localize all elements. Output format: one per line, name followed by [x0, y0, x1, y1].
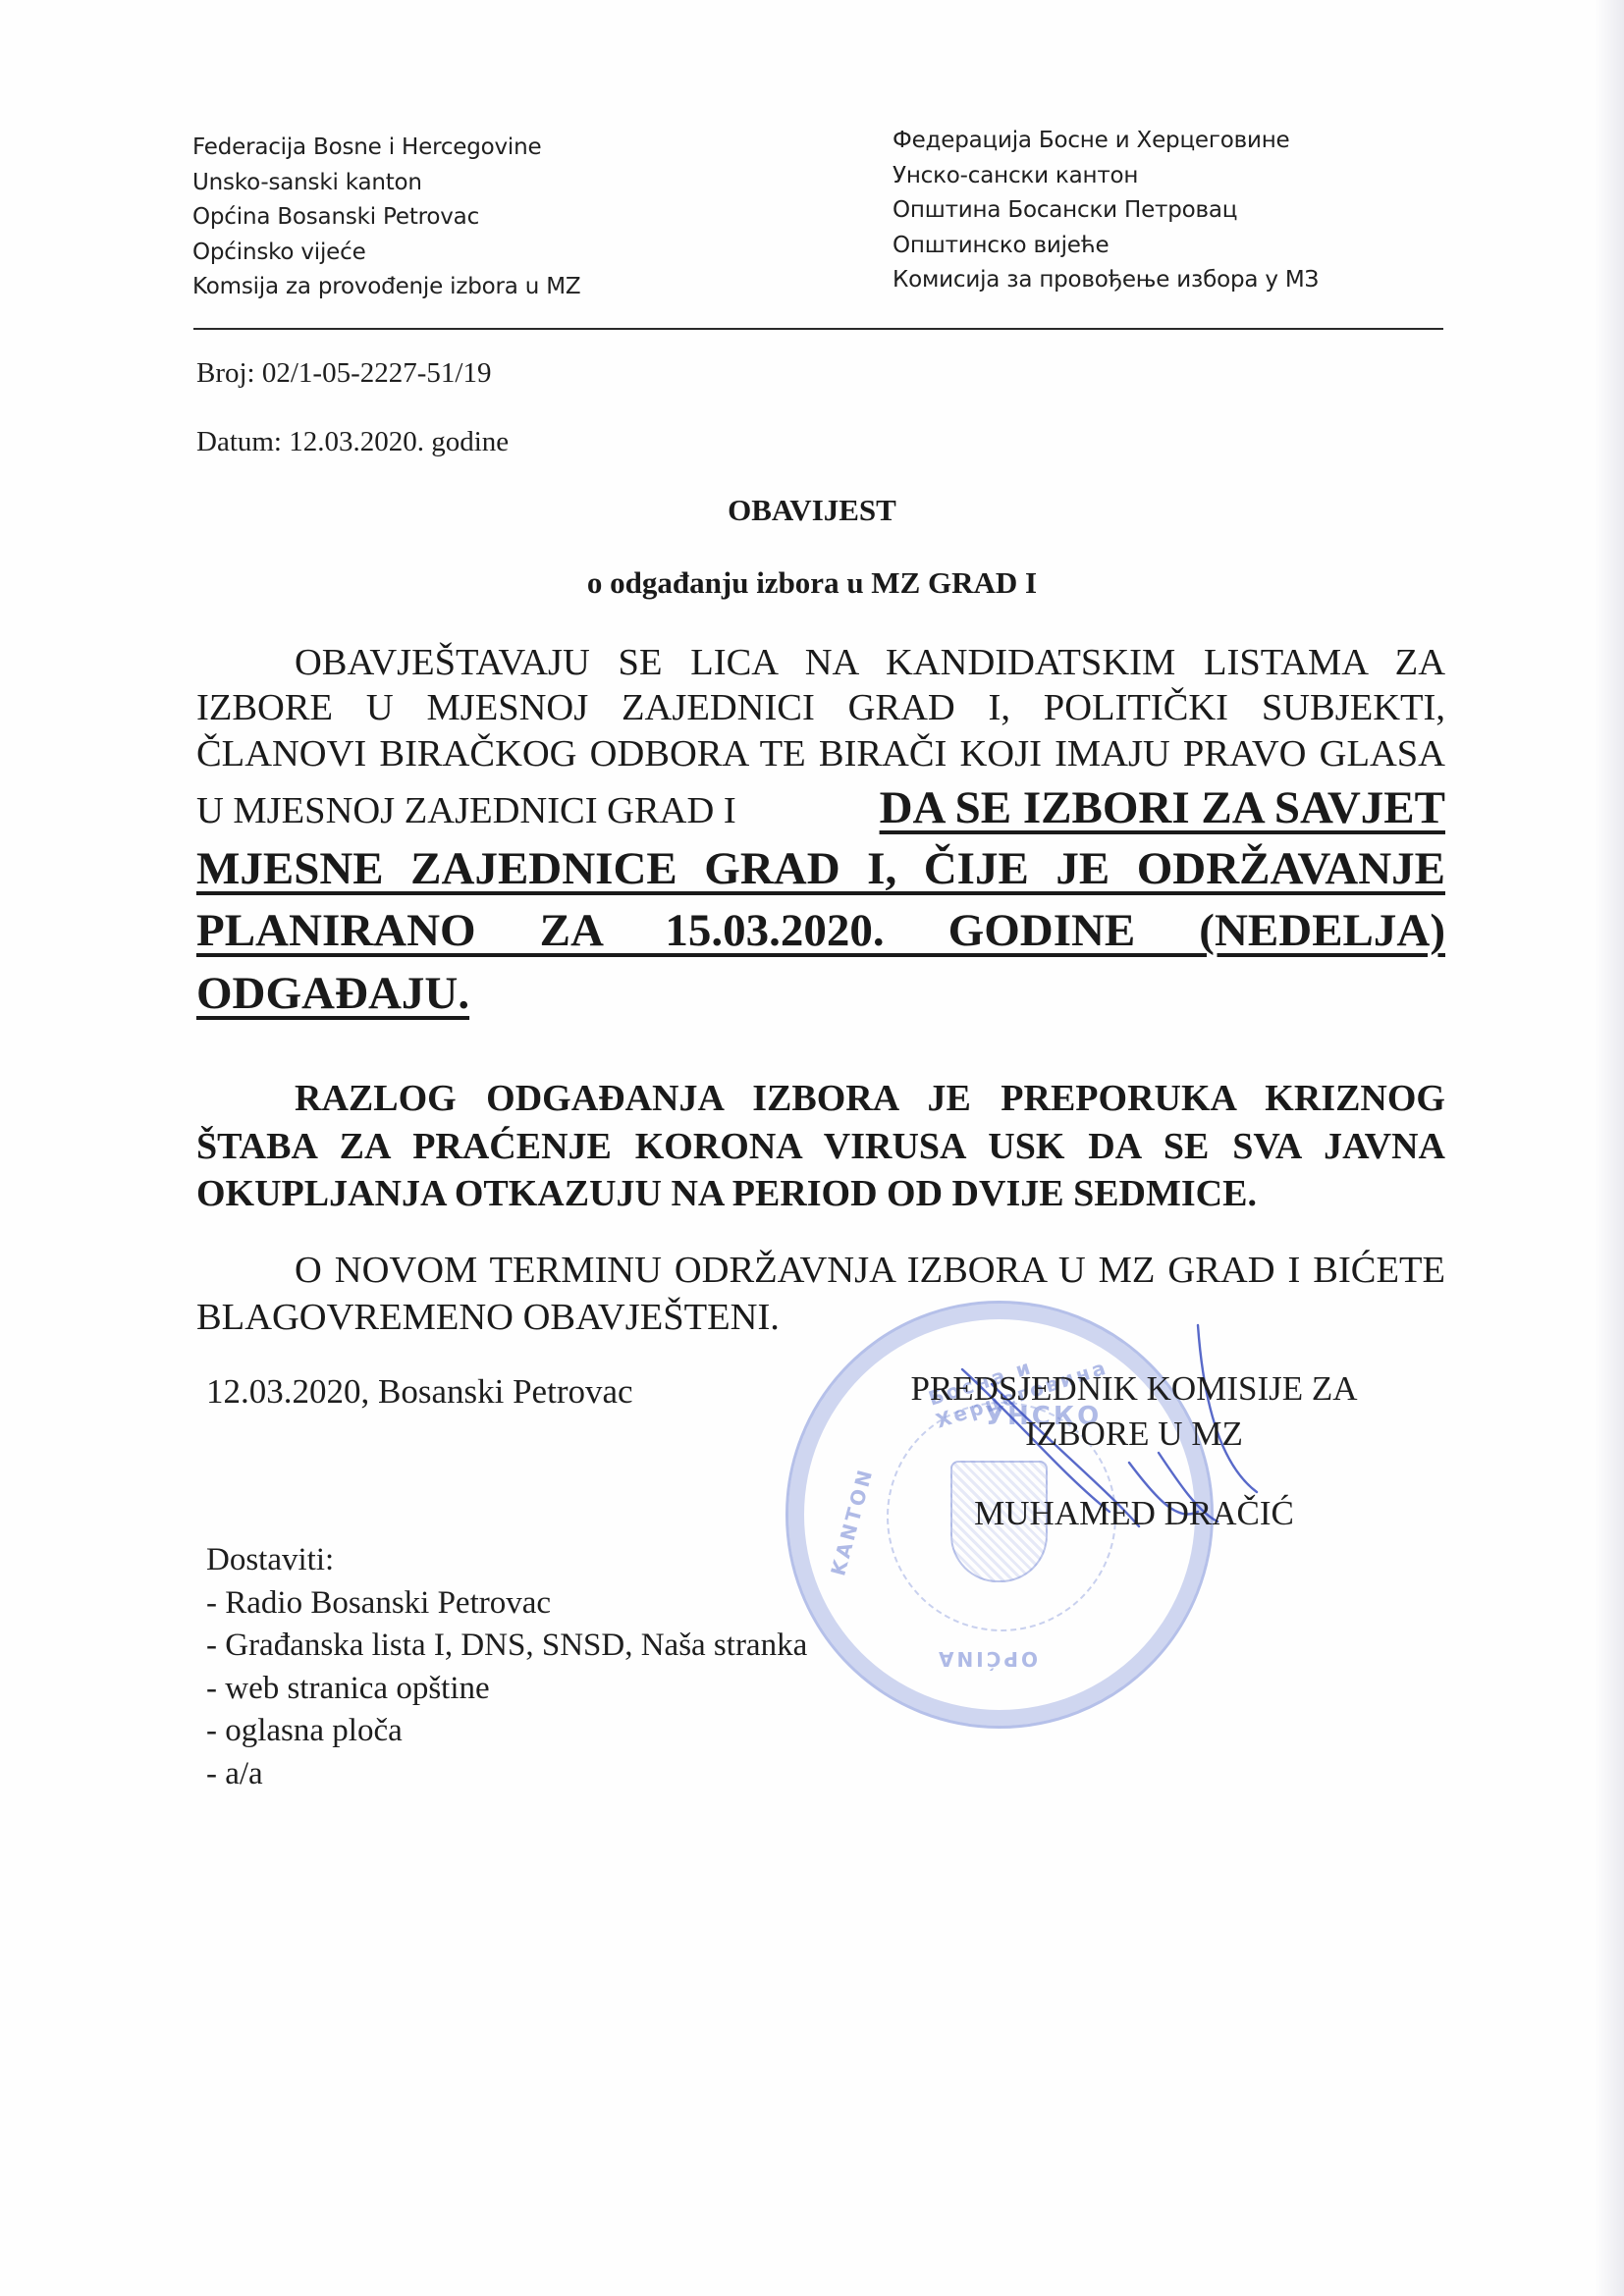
distribution-item: - oglasna ploča — [206, 1710, 807, 1753]
paragraph-line: IZBORE U MJESNOJ ZAJEDNICI GRAD I, POLIT… — [196, 685, 1445, 730]
header-right-line: Комисија за провођење избора у МЗ — [893, 263, 1319, 298]
signature-title-line2: IZBORE U MZ — [889, 1412, 1380, 1457]
paragraph-line: ŠTABA ZA PRAĆENJE KORONA VIRUSA USK DA S… — [196, 1123, 1445, 1170]
distribution-item: - web stranica opštine — [206, 1668, 807, 1711]
signature-title: PREDSJEDNIK KOMISIJE ZA IZBORE U MZ — [889, 1366, 1380, 1457]
paragraph-line-regular: U MJESNOJ ZAJEDNICI GRAD I — [196, 780, 736, 841]
header-left-line: Federacija Bosne i Hercegovine — [192, 131, 580, 166]
stamp-bottom-text: OPĆINA — [936, 1647, 1038, 1671]
header-right-line: Унско-сански кантон — [893, 159, 1319, 194]
signatory-name: MUHAMED DRAČIĆ — [889, 1494, 1380, 1533]
document-number: Broj: 02/1-05-2227-51/19 — [196, 357, 491, 390]
paragraph-line-bold: MJESNE ZAJEDNICE GRAD I, ČIJE JE ODRŽAVA… — [196, 838, 1445, 899]
document-title: OBAVIJEST — [0, 493, 1624, 528]
header-right-line: Општина Босански Петровац — [893, 193, 1319, 229]
paragraph-line: OKUPLJANJA OTKAZUJU NA PERIOD OD DVIJE S… — [196, 1170, 1445, 1217]
header-right-line: Федерација Босне и Херцеговине — [893, 124, 1319, 159]
header-right-cyrillic: Федерација Босне и Херцеговине Унско-сан… — [893, 124, 1319, 298]
paragraph-line: RAZLOG ODGAĐANJA IZBORA JE PREPORUKA KRI… — [196, 1074, 1445, 1123]
paragraph-line-bold: DA SE IZBORI ZA SAVJET — [880, 777, 1445, 838]
header-left-latin: Federacija Bosne i Hercegovine Unsko-san… — [192, 131, 580, 305]
paragraph-reason: RAZLOG ODGAĐANJA IZBORA JE PREPORUKA KRI… — [196, 1074, 1445, 1217]
distribution-list: Dostaviti: - Radio Bosanski Petrovac - G… — [206, 1539, 807, 1795]
header-left-line: Komsija za provođenje izbora u MZ — [192, 270, 580, 305]
distribution-item: - Radio Bosanski Petrovac — [206, 1582, 807, 1626]
paragraph-line-bold: ODGAĐAJU. — [196, 962, 1445, 1025]
signature-title-line1: PREDSJEDNIK KOMISIJE ZA — [889, 1366, 1380, 1412]
paragraph-line-bold: PLANIRANO ZA 15.03.2020. GODINE (NEDELJA… — [196, 899, 1445, 962]
header-divider — [193, 328, 1443, 330]
header-right-line: Општинско вијеће — [893, 229, 1319, 264]
header-left-line: Unsko-sanski kanton — [192, 166, 580, 201]
distribution-item: - Građanska lista I, DNS, SNSD, Naša str… — [206, 1625, 807, 1668]
distribution-heading: Dostaviti: — [206, 1539, 807, 1582]
paragraph-line: O NOVOM TERMINU ODRŽAVNJA IZBORA U MZ GR… — [196, 1247, 1445, 1294]
scan-edge-shadow — [1595, 0, 1624, 2296]
header-left-line: Općinsko vijeće — [192, 236, 580, 271]
paragraph-mixed-line: U MJESNOJ ZAJEDNICI GRAD I DA SE IZBORI … — [196, 777, 1445, 838]
paragraph-notice: OBAVJEŠTAVAJU SE LICA NA KANDIDATSKIM LI… — [196, 640, 1445, 1025]
place-and-date: 12.03.2020, Bosanski Petrovac — [206, 1372, 633, 1412]
distribution-item: - a/a — [206, 1753, 807, 1796]
document-subtitle: o odgađanju izbora u MZ GRAD I — [0, 565, 1624, 601]
paragraph-line: ČLANOVI BIRAČKOG ODBORA TE BIRAČI KOJI I… — [196, 730, 1445, 777]
document-date: Datum: 12.03.2020. godine — [196, 426, 509, 458]
paragraph-line: OBAVJEŠTAVAJU SE LICA NA KANDIDATSKIM LI… — [196, 640, 1445, 685]
header-left-line: Općina Bosanski Petrovac — [192, 200, 580, 236]
